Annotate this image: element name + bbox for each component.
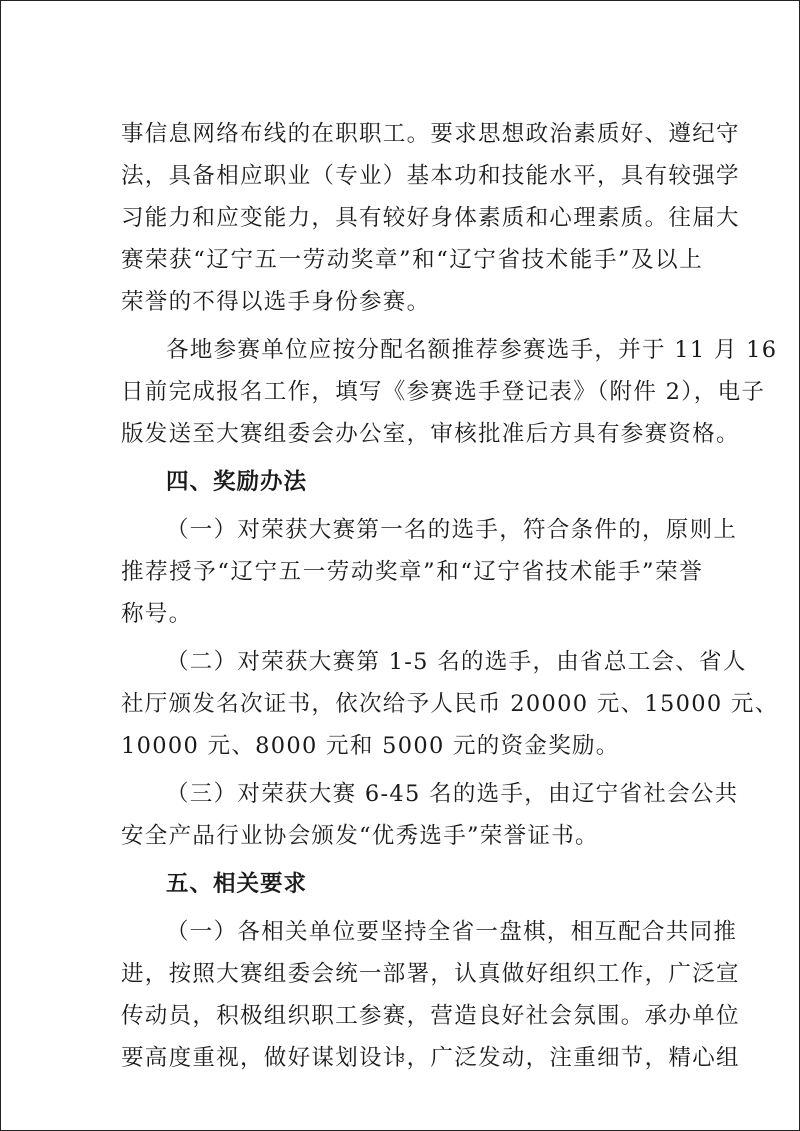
page-number: 3 <box>1 1051 800 1065</box>
text-line: 日前完成报名工作，填写《参赛选手登记表》（附件 2），电子 <box>121 371 703 413</box>
paragraph-reward-3: （三）对荣获大赛 6-45 名的选手，由辽宁省社会公共 安全产品行业协会颁发“优… <box>121 773 703 857</box>
text-line: 荣誉的不得以选手身份参赛。 <box>121 281 703 323</box>
text-line: 称号。 <box>121 593 703 635</box>
text-line: （二）对荣获大赛第 1-5 名的选手，由省总工会、省人 <box>121 641 703 683</box>
text-line: 赛荣获“辽宁五一劳动奖章”和“辽宁省技术能手”及以上 <box>121 239 703 281</box>
paragraph-registration: 各地参赛单位应按分配名额推荐参赛选手，并于 11 月 16 日前完成报名工作，填… <box>121 329 703 455</box>
text-line: 社厅颁发名次证书，依次给予人民币 20000 元、15000 元、 <box>121 683 703 725</box>
text-line: 各地参赛单位应按分配名额推荐参赛选手，并于 11 月 16 <box>121 329 703 371</box>
text-line: 进，按照大赛组委会统一部署，认真做好组织工作，广泛宣 <box>121 953 703 995</box>
paragraph-reward-1: （一）对荣获大赛第一名的选手，符合条件的，原则上 推荐授予“辽宁五一劳动奖章”和… <box>121 509 703 635</box>
text-line: （一）对荣获大赛第一名的选手，符合条件的，原则上 <box>121 509 703 551</box>
text-line: 习能力和应变能力，具有较好身体素质和心理素质。往届大 <box>121 197 703 239</box>
text-line: 推荐授予“辽宁五一劳动奖章”和“辽宁省技术能手”荣誉 <box>121 551 703 593</box>
text-line: 法，具备相应职业（专业）基本功和技能水平，具有较强学 <box>121 155 703 197</box>
document-page: 事信息网络布线的在职职工。要求思想政治素质好、遵纪守 法，具备相应职业（专业）基… <box>0 0 800 1131</box>
paragraph-eligibility: 事信息网络布线的在职职工。要求思想政治素质好、遵纪守 法，具备相应职业（专业）基… <box>121 113 703 323</box>
section-heading-requirements: 五、相关要求 <box>121 863 703 905</box>
text-line: 传动员，积极组织职工参赛，营造良好社会氛围。承办单位 <box>121 995 703 1037</box>
text-line: 10000 元、8000 元和 5000 元的资金奖励。 <box>121 725 703 767</box>
text-line: （一）各相关单位要坚持全省一盘棋，相互配合共同推 <box>121 911 703 953</box>
text-line: 版发送至大赛组委会办公室，审核批准后方具有参赛资格。 <box>121 413 703 455</box>
text-line: 安全产品行业协会颁发“优秀选手”荣誉证书。 <box>121 815 703 857</box>
section-heading-rewards: 四、奖励办法 <box>121 461 703 503</box>
paragraph-reward-2: （二）对荣获大赛第 1-5 名的选手，由省总工会、省人 社厅颁发名次证书，依次给… <box>121 641 703 767</box>
document-body: 事信息网络布线的在职职工。要求思想政治素质好、遵纪守 法，具备相应职业（专业）基… <box>121 113 703 1079</box>
text-line: 事信息网络布线的在职职工。要求思想政治素质好、遵纪守 <box>121 113 703 155</box>
text-line: （三）对荣获大赛 6-45 名的选手，由辽宁省社会公共 <box>121 773 703 815</box>
